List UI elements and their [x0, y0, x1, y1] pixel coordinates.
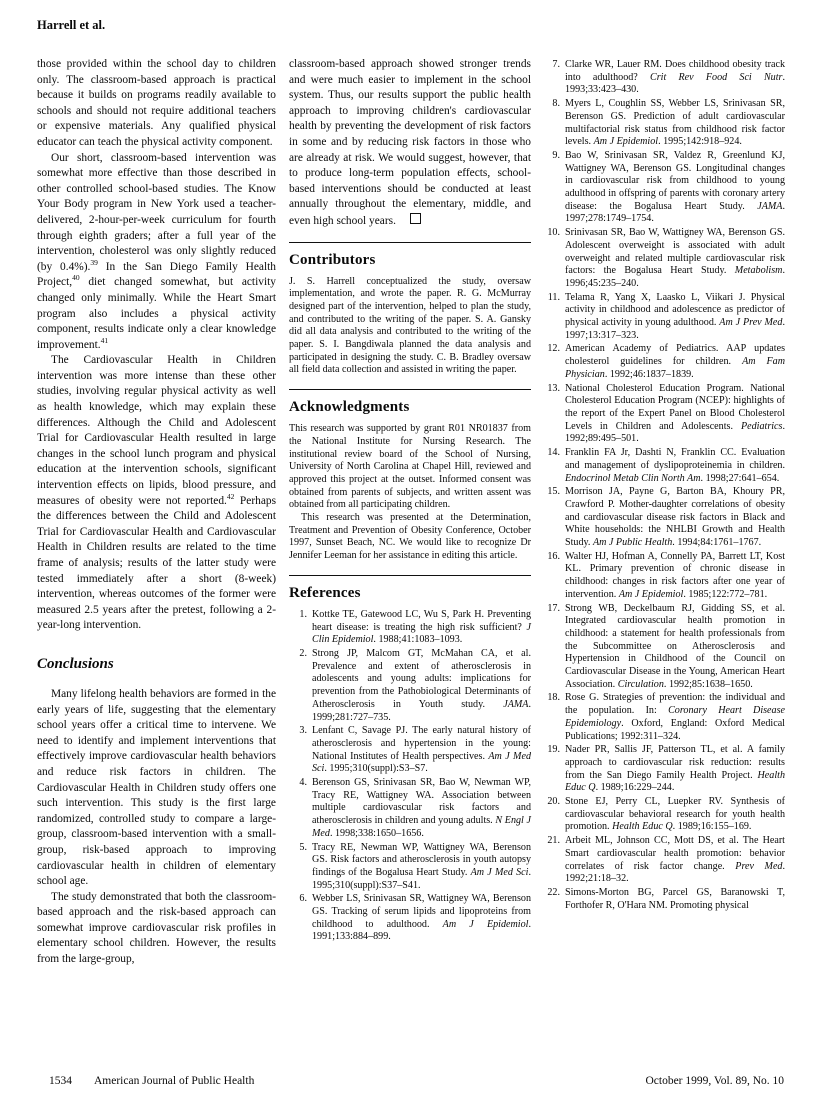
reference-item: 1.Kottke TE, Gatewood LC, Wu S, Park H. … — [289, 609, 531, 647]
reference-number: 15. — [542, 486, 565, 550]
reference-number: 4. — [289, 777, 312, 841]
paragraph: Our short, classroom-based intervention … — [37, 151, 276, 354]
discussion-paragraphs: those provided within the school day to … — [37, 57, 276, 634]
reference-number: 8. — [542, 98, 565, 149]
reference-item: 15.Morrison JA, Payne G, Barton BA, Khou… — [542, 486, 785, 550]
reference-item: 19.Nader PR, Sallis JF, Patterson TL, et… — [542, 744, 785, 795]
discussion-continued: classroom-based approach showed stronger… — [289, 57, 531, 230]
reference-item: 20.Stone EJ, Perry CL, Luepker RV. Synth… — [542, 796, 785, 834]
reference-item: 17.Strong WB, Deckelbaum RJ, Gidding SS,… — [542, 603, 785, 692]
reference-item: 8.Myers L, Coughlin SS, Webber LS, Srini… — [542, 98, 785, 149]
reference-number: 1. — [289, 609, 312, 647]
acknowledgments-heading: Acknowledgments — [289, 399, 531, 416]
reference-number: 10. — [542, 227, 565, 291]
reference-text: Srinivasan SR, Bao W, Wattigney WA, Bere… — [565, 227, 785, 291]
reference-number: 12. — [542, 343, 565, 381]
reference-text: Morrison JA, Payne G, Barton BA, Khoury … — [565, 486, 785, 550]
reference-number: 3. — [289, 725, 312, 776]
reference-item: 14.Franklin FA Jr, Dashti N, Franklin CC… — [542, 447, 785, 485]
section-divider — [289, 389, 531, 390]
reference-item: 12.American Academy of Pediatrics. AAP u… — [542, 343, 785, 381]
reference-number: 11. — [542, 292, 565, 343]
reference-number: 5. — [289, 842, 312, 893]
contributors-heading: Contributors — [289, 252, 531, 269]
reference-text: Kottke TE, Gatewood LC, Wu S, Park H. Pr… — [312, 609, 531, 647]
reference-text: Strong WB, Deckelbaum RJ, Gidding SS, et… — [565, 603, 785, 692]
reference-list-1: 1.Kottke TE, Gatewood LC, Wu S, Park H. … — [289, 609, 531, 944]
reference-item: 3.Lenfant C, Savage PJ. The early natura… — [289, 725, 531, 776]
column-3: 7.Clarke WR, Lauer RM. Does childhood ob… — [542, 57, 785, 913]
footer-issue: October 1999, Vol. 89, No. 10 — [645, 1075, 784, 1087]
reference-number: 6. — [289, 893, 312, 944]
column-1: those provided within the school day to … — [37, 57, 276, 968]
reference-text: Lenfant C, Savage PJ. The early natural … — [312, 725, 531, 776]
acknowledgments-text: This research was supported by grant R01… — [289, 423, 531, 563]
reference-number: 16. — [542, 551, 565, 602]
running-head: Harrell et al. — [37, 18, 105, 33]
reference-text: Franklin FA Jr, Dashti N, Franklin CC. E… — [565, 447, 785, 485]
reference-number: 14. — [542, 447, 565, 485]
contributors-text: J. S. Harrell conceptualized the study, … — [289, 276, 531, 378]
end-of-article-box — [410, 213, 421, 224]
reference-text: Stone EJ, Perry CL, Luepker RV. Synthesi… — [565, 796, 785, 834]
reference-text: Tracy RE, Newman WP, Wattigney WA, Beren… — [312, 842, 531, 893]
journal-page: Harrell et al. those provided within the… — [0, 0, 816, 1109]
reference-number: 2. — [289, 648, 312, 724]
reference-text: Strong JP, Malcom GT, McMahan CA, et al.… — [312, 648, 531, 724]
paragraph: This research was presented at the Deter… — [289, 512, 531, 563]
reference-item: 22.Simons-Morton BG, Parcel GS, Baranows… — [542, 887, 785, 912]
reference-number: 20. — [542, 796, 565, 834]
reference-number: 13. — [542, 383, 565, 447]
reference-text: Arbeit ML, Johnson CC, Mott DS, et al. T… — [565, 835, 785, 886]
reference-item: 2.Strong JP, Malcom GT, McMahan CA, et a… — [289, 648, 531, 724]
paragraph: J. S. Harrell conceptualized the study, … — [289, 276, 531, 378]
reference-text: Webber LS, Srinivasan SR, Wattigney WA, … — [312, 893, 531, 944]
reference-text: American Academy of Pediatrics. AAP upda… — [565, 343, 785, 381]
reference-item: 6.Webber LS, Srinivasan SR, Wattigney WA… — [289, 893, 531, 944]
reference-number: 7. — [542, 59, 565, 97]
reference-text: Clarke WR, Lauer RM. Does childhood obes… — [565, 59, 785, 97]
column-2: classroom-based approach showed stronger… — [289, 57, 531, 945]
conclusions-paragraphs: Many lifelong health behaviors are forme… — [37, 687, 276, 968]
reference-text: Telama R, Yang X, Laasko L, Viikari J. P… — [565, 292, 785, 343]
reference-text: Walter HJ, Hofman A, Connelly PA, Barret… — [565, 551, 785, 602]
reference-text: Myers L, Coughlin SS, Webber LS, Sriniva… — [565, 98, 785, 149]
reference-item: 18.Rose G. Strategies of prevention: the… — [542, 692, 785, 743]
reference-number: 19. — [542, 744, 565, 795]
reference-item: 11.Telama R, Yang X, Laasko L, Viikari J… — [542, 292, 785, 343]
section-divider — [289, 575, 531, 576]
paragraph: those provided within the school day to … — [37, 57, 276, 151]
reference-text: National Cholesterol Education Program. … — [565, 383, 785, 447]
paragraph: Many lifelong health behaviors are forme… — [37, 687, 276, 890]
page-number: 1534 — [49, 1075, 72, 1087]
references-heading: References — [289, 585, 531, 602]
reference-item: 21.Arbeit ML, Johnson CC, Mott DS, et al… — [542, 835, 785, 886]
reference-item: 4.Berenson GS, Srinivasan SR, Bao W, New… — [289, 777, 531, 841]
reference-number: 22. — [542, 887, 565, 912]
paragraph: This research was supported by grant R01… — [289, 423, 531, 512]
journal-name: American Journal of Public Health — [94, 1075, 254, 1087]
reference-item: 10.Srinivasan SR, Bao W, Wattigney WA, B… — [542, 227, 785, 291]
footer-left: 1534American Journal of Public Health — [49, 1075, 254, 1087]
reference-item: 9.Bao W, Srinivasan SR, Valdez R, Greenl… — [542, 150, 785, 226]
reference-text: Bao W, Srinivasan SR, Valdez R, Greenlun… — [565, 150, 785, 226]
section-divider — [289, 242, 531, 243]
reference-number: 18. — [542, 692, 565, 743]
paragraph: The study demonstrated that both the cla… — [37, 890, 276, 968]
reference-item: 5.Tracy RE, Newman WP, Wattigney WA, Ber… — [289, 842, 531, 893]
reference-text: Simons-Morton BG, Parcel GS, Baranowski … — [565, 887, 785, 912]
reference-number: 17. — [542, 603, 565, 692]
reference-item: 7.Clarke WR, Lauer RM. Does childhood ob… — [542, 59, 785, 97]
paragraph: classroom-based approach showed stronger… — [289, 57, 531, 230]
reference-number: 21. — [542, 835, 565, 886]
reference-item: 16.Walter HJ, Hofman A, Connelly PA, Bar… — [542, 551, 785, 602]
reference-number: 9. — [542, 150, 565, 226]
conclusions-heading: Conclusions — [37, 656, 276, 673]
reference-list-2: 7.Clarke WR, Lauer RM. Does childhood ob… — [542, 59, 785, 912]
reference-text: Rose G. Strategies of prevention: the in… — [565, 692, 785, 743]
reference-text: Nader PR, Sallis JF, Patterson TL, et al… — [565, 744, 785, 795]
reference-text: Berenson GS, Srinivasan SR, Bao W, Newma… — [312, 777, 531, 841]
reference-item: 13.National Cholesterol Education Progra… — [542, 383, 785, 447]
paragraph: The Cardiovascular Health in Children in… — [37, 353, 276, 634]
